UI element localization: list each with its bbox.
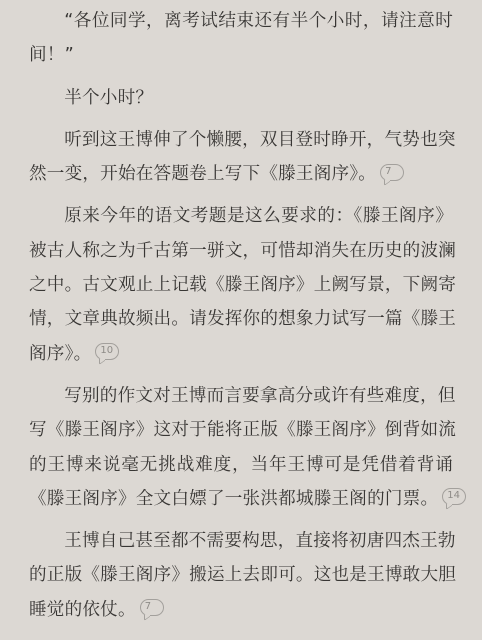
paragraph-comment-bubble-icon[interactable]: 10	[95, 343, 119, 360]
reader-page: “各位同学，离考试结束还有半个小时，请注意时 间！” 半个小时？ 听到这王博伸了…	[0, 0, 482, 640]
text-line: 王博自己甚至都不需要构思，直接将初唐四杰王勃	[29, 524, 453, 558]
text-line: 睡觉的依仗。7	[29, 593, 453, 627]
text-line: 半个小时？	[29, 81, 453, 115]
paragraph-comment-bubble-icon[interactable]: 14	[442, 488, 466, 505]
text-line: 《滕王阁序》全文白嫖了一张洪都城滕王阁的门票。14	[29, 482, 453, 516]
paragraph-comment-bubble-icon[interactable]: 7	[380, 164, 404, 181]
text-line: 情，文章典故频出。请发挥你的想象力试写一篇《滕王	[29, 302, 453, 336]
text-line: 被古人称之为千古第一骈文，可惜却消失在历史的波澜	[29, 234, 453, 268]
text-line-content: 阁序》。	[29, 344, 91, 364]
text-line: 之中。古文观止上记载《滕王阁序》上阙写景，下阙寄	[29, 268, 453, 302]
text-line-content: 《滕王阁序》全文白嫖了一张洪都城滕王阁的门票。	[29, 489, 438, 509]
text-line-content: 然一变，开始在答题卷上写下《滕王阁序》。	[29, 164, 376, 184]
paragraph-5: 写别的作文对王博而言要拿高分或许有些难度，但 写《滕王阁序》这对于能将正版《滕王…	[29, 379, 453, 516]
text-line: “各位同学，离考试结束还有半个小时，请注意时	[29, 4, 453, 38]
paragraph-2: 半个小时？	[29, 81, 453, 115]
text-line-content: 半个小时？	[64, 88, 153, 108]
text-line: 的王博来说毫无挑战难度，当年王博可是凭借着背诵	[29, 448, 453, 482]
paragraph-4: 原来今年的语文考题是这么要求的：《滕王阁序》 被古人称之为千古第一骈文，可惜却消…	[29, 199, 453, 370]
text-line: 写《滕王阁序》这对于能将正版《滕王阁序》倒背如流	[29, 413, 453, 447]
paragraph-comment-bubble-icon[interactable]: 7	[140, 599, 164, 616]
text-line: 原来今年的语文考题是这么要求的：《滕王阁序》	[29, 199, 453, 233]
text-line: 的正版《滕王阁序》搬运上去即可。这也是王博敢大胆	[29, 558, 453, 592]
text-line-content: 间！”	[29, 45, 74, 65]
text-line: 阁序》。10	[29, 337, 453, 371]
text-line: 间！”	[29, 38, 453, 72]
text-line: 写别的作文对王博而言要拿高分或许有些难度，但	[29, 379, 453, 413]
text-line: 然一变，开始在答题卷上写下《滕王阁序》。7	[29, 157, 453, 191]
paragraph-3: 听到这王博伸了个懒腰，双目登时睁开，气势也突 然一变，开始在答题卷上写下《滕王阁…	[29, 123, 453, 192]
paragraph-6: 王博自己甚至都不需要构思，直接将初唐四杰王勃 的正版《滕王阁序》搬运上去即可。这…	[29, 524, 453, 627]
paragraph-1: “各位同学，离考试结束还有半个小时，请注意时 间！”	[29, 4, 453, 73]
text-line: 听到这王博伸了个懒腰，双目登时睁开，气势也突	[29, 123, 453, 157]
text-line-content: 睡觉的依仗。	[29, 600, 136, 620]
